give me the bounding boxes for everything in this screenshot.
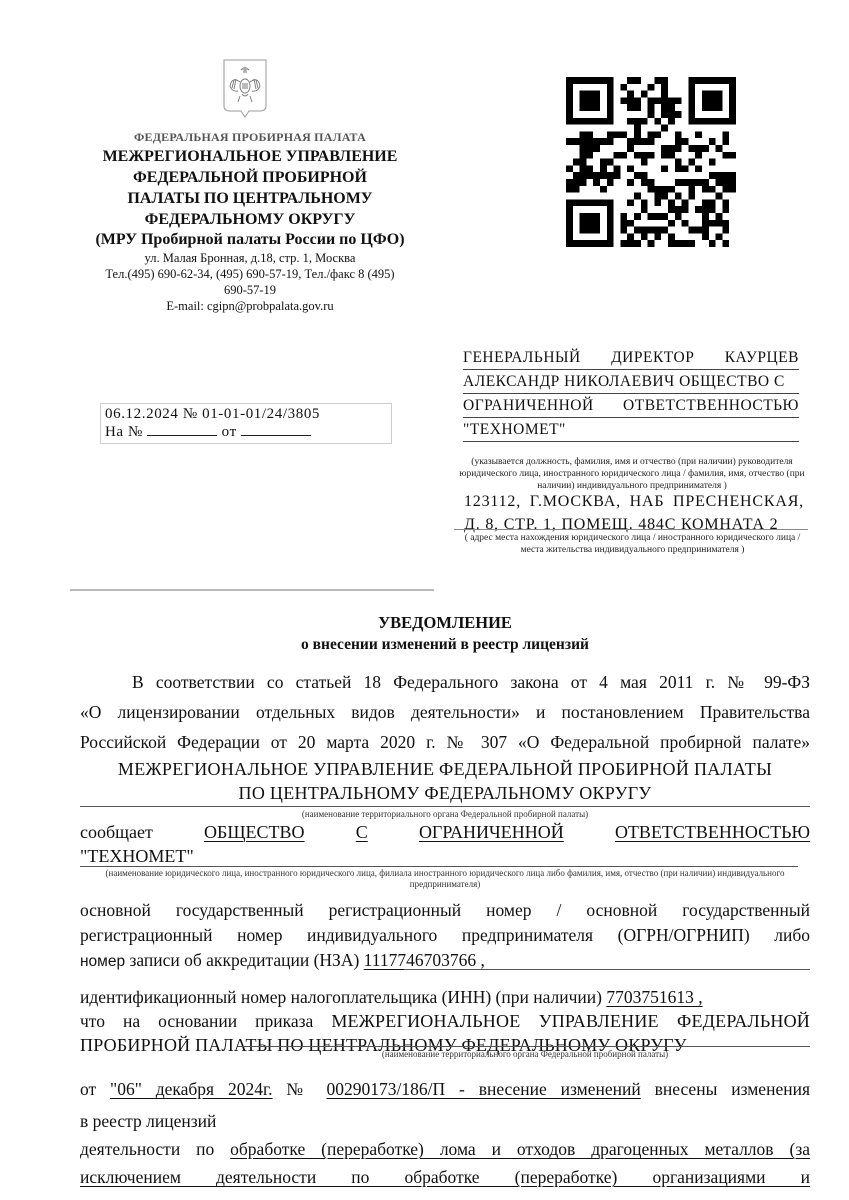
ogrn-line: основной государственный регистрационный… bbox=[80, 898, 810, 923]
addressee-hint: (указывается должность, фамилия, имя и о… bbox=[452, 456, 812, 492]
addressee-word: АЛЕКСАНДР НИКОЛАЕВИЧ ОБЩЕСТВО С bbox=[463, 370, 785, 393]
coat-of-arms-icon bbox=[222, 58, 268, 120]
sender-organization: ФЕДЕРАЛЬНАЯ ПРОБИРНАЯ ПАЛАТА МЕЖРЕГИОНАЛ… bbox=[70, 130, 430, 314]
reference-number-blank bbox=[147, 423, 217, 436]
order-organ-underline bbox=[240, 1046, 810, 1047]
activity-paragraph: деятельности по обработке (переработке) … bbox=[80, 1135, 810, 1191]
document-subtitle: о внесении изменений в реестр лицензий bbox=[80, 635, 810, 655]
registration-box: 06.12.2024 № 01-01-01/24/3805 На № от bbox=[100, 403, 392, 444]
activity-line: деятельности по обработке (переработке) … bbox=[80, 1135, 810, 1163]
address-word: ПРЕСНЕНСКАЯ, bbox=[673, 490, 804, 513]
inn-value: 7703751613 , bbox=[606, 987, 702, 1007]
inn-line: идентификационный номер налогоплательщик… bbox=[80, 985, 810, 1009]
order-organ-hint: (наименование территориального органа Фе… bbox=[240, 1049, 810, 1060]
reference-date-blank bbox=[241, 423, 311, 436]
reference-line: На № от bbox=[105, 423, 387, 441]
org-parent: ФЕДЕРАЛЬНАЯ ПРОБИРНАЯ ПАЛАТА bbox=[70, 130, 430, 144]
addressee-word: ОТВЕТСТВЕННОСТЬЮ bbox=[623, 394, 799, 417]
divider bbox=[70, 589, 434, 591]
addressee-word: ГЕНЕРАЛЬНЫЙ bbox=[463, 346, 581, 369]
addressee-line: ГЕНЕРАЛЬНЫЙ ДИРЕКТОР КАУРЦЕВ bbox=[463, 346, 799, 370]
org-name-line: МЕЖРЕГИОНАЛЬНОЕ УПРАВЛЕНИЕ bbox=[70, 146, 430, 167]
qr-code-icon bbox=[566, 77, 736, 247]
org-name-line: ФЕДЕРАЛЬНОЙ ПРОБИРНОЙ bbox=[70, 167, 430, 188]
org-email: E-mail: cgipn@probpalata.gov.ru bbox=[70, 298, 430, 314]
reference-from: от bbox=[222, 424, 237, 440]
org-name-line: ФЕДЕРАЛЬНОМУ ОКРУГУ bbox=[70, 209, 430, 230]
company-word: ОБЩЕСТВО bbox=[204, 820, 305, 844]
intro-paragraph: В соответствии со статьей 18 Федеральног… bbox=[80, 667, 810, 757]
company-statement: сообщает ОБЩЕСТВО С ОГРАНИЧЕННОЙ ОТВЕТСТ… bbox=[80, 820, 810, 868]
order-paragraph: от "06" декабря 2024г. № 00290173/186/П … bbox=[80, 1073, 810, 1137]
intro-line: «О лицензировании отдельных видов деятел… bbox=[80, 697, 810, 727]
ogrn-value: 1117746703766 , bbox=[364, 950, 485, 970]
address-line: 123112, Г.МОСКВА, НАБ ПРЕСНЕНСКАЯ, bbox=[464, 490, 804, 513]
territorial-organ: МЕЖРЕГИОНАЛЬНОЕ УПРАВЛЕНИЕ ФЕДЕРАЛЬНОЙ П… bbox=[80, 757, 810, 805]
organ-hint: (наименование территориального органа Фе… bbox=[80, 809, 810, 820]
org-phones-cont: 690-57-19 bbox=[70, 282, 430, 298]
order-organ-line: что на основании приказа МЕЖРЕГИОНАЛЬНОЕ… bbox=[80, 1009, 810, 1033]
order-line: в реестр лицензий bbox=[80, 1105, 810, 1137]
addressee-word: КАУРЦЕВ bbox=[725, 346, 799, 369]
intro-line: Российской Федерации от 20 марта 2020 г.… bbox=[80, 727, 810, 757]
org-phones: Тел.(495) 690-62-34, (495) 690-57-19, Те… bbox=[70, 266, 430, 282]
intro-line: В соответствии со статьей 18 Федеральног… bbox=[80, 667, 810, 697]
company-hint: (наименование юридического лица, иностра… bbox=[80, 868, 810, 890]
address-word: НАБ bbox=[630, 490, 665, 513]
addressee-word: ОГРАНИЧЕННОЙ bbox=[463, 394, 594, 417]
addressee-word: "ТЕХНОМЕТ" bbox=[463, 418, 566, 441]
org-address: ул. Малая Бронная, д.18, стр. 1, Москва bbox=[70, 250, 430, 266]
company-underline bbox=[80, 866, 798, 867]
reference-prefix: На № bbox=[105, 424, 143, 440]
reports-word: сообщает bbox=[80, 820, 153, 844]
company-name-tail: "ТЕХНОМЕТ" bbox=[80, 844, 810, 868]
ogrn-paragraph: основной государственный регистрационный… bbox=[80, 898, 810, 974]
ogrn-line: регистрационный номер индивидуального пр… bbox=[80, 923, 810, 948]
activity-line: исключением деятельности по обработке (п… bbox=[80, 1163, 810, 1191]
address-hint: ( адрес места нахождения юридического ли… bbox=[460, 532, 805, 556]
ogrn-line: номер записи об аккредитации (НЗА) 11177… bbox=[80, 948, 810, 974]
address-word: 123112, bbox=[464, 490, 521, 513]
organ-line: ПО ЦЕНТРАЛЬНОМУ ФЕДЕРАЛЬНОМУ ОКРУГУ bbox=[80, 781, 810, 805]
addressee-line: АЛЕКСАНДР НИКОЛАЕВИЧ ОБЩЕСТВО С bbox=[463, 370, 799, 394]
addressee-line: ОГРАНИЧЕННОЙ ОТВЕТСТВЕННОСТЬЮ bbox=[463, 394, 799, 418]
address-word: Г.МОСКВА, bbox=[530, 490, 621, 513]
order-date: "06" декабря 2024г. bbox=[110, 1079, 273, 1099]
addressee: ГЕНЕРАЛЬНЫЙ ДИРЕКТОР КАУРЦЕВ АЛЕКСАНДР Н… bbox=[463, 346, 799, 442]
organ-line: МЕЖРЕГИОНАЛЬНОЕ УПРАВЛЕНИЕ ФЕДЕРАЛЬНОЙ П… bbox=[80, 757, 810, 781]
address-underline bbox=[454, 529, 808, 530]
organ-underline bbox=[80, 806, 810, 807]
ogrn-underline bbox=[404, 969, 810, 970]
company-line: сообщает ОБЩЕСТВО С ОГРАНИЧЕННОЙ ОТВЕТСТ… bbox=[80, 820, 810, 844]
document-title: УВЕДОМЛЕНИЕ bbox=[80, 612, 810, 634]
order-number: 00290173/186/П - внесение изменений bbox=[327, 1079, 641, 1099]
company-word: ОГРАНИЧЕННОЙ bbox=[419, 820, 564, 844]
company-word: С bbox=[356, 820, 368, 844]
registration-number: 06.12.2024 № 01-01-01/24/3805 bbox=[105, 405, 387, 423]
company-word: ОТВЕТСТВЕННОСТЬЮ bbox=[615, 820, 810, 844]
addressee-line: "ТЕХНОМЕТ" bbox=[463, 418, 799, 442]
org-short-name: (МРУ Пробирной палаты России по ЦФО) bbox=[70, 230, 430, 250]
addressee-word: ДИРЕКТОР bbox=[611, 346, 694, 369]
order-line: от "06" декабря 2024г. № 00290173/186/П … bbox=[80, 1073, 810, 1105]
org-name-line: ПАЛАТЫ ПО ЦЕНТРАЛЬНОМУ bbox=[70, 188, 430, 209]
